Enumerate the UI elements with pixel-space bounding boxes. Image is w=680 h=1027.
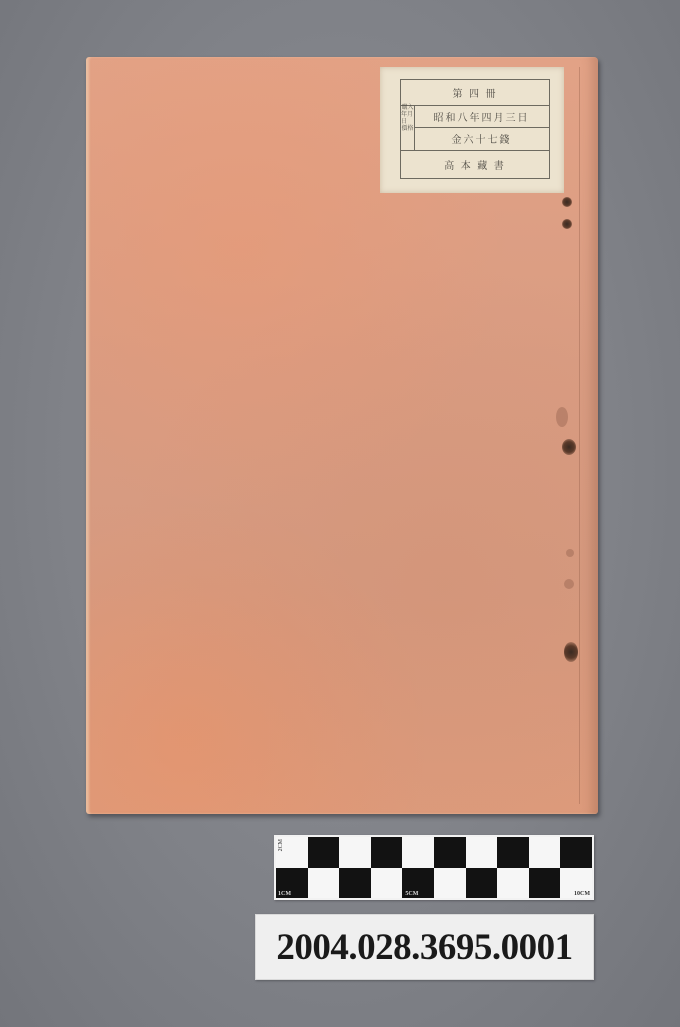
label-volume: 第 四 冊 xyxy=(401,80,549,106)
scale-cell xyxy=(497,868,529,899)
accession-number-card: 2004.028.3695.0001 xyxy=(255,914,594,980)
binding-hole xyxy=(564,642,578,662)
scale-cell xyxy=(560,837,592,868)
label-side-text: 購入 xyxy=(401,105,413,112)
label-side-headings: 購入 年月日 價格 xyxy=(401,105,415,150)
scale-cell xyxy=(339,868,371,899)
scale-cell: 2CM xyxy=(276,837,308,868)
scale-cell xyxy=(466,837,498,868)
scale-label-5cm: 5CM xyxy=(405,891,418,897)
scale-cell xyxy=(529,868,561,899)
label-price: 金六十七錢 xyxy=(414,127,549,151)
scale-cell xyxy=(434,837,466,868)
binding-hole xyxy=(562,197,572,207)
scale-bar: 2CM 1CM 5CM 10CM xyxy=(274,835,594,900)
label-table: 第 四 冊 購入 年月日 價格 昭和八年四月三日 金六十七錢 高 本 藏 書 xyxy=(400,79,550,179)
scale-cell xyxy=(371,837,403,868)
label-side-text: 年月日 xyxy=(401,112,414,126)
scale-cell xyxy=(308,868,340,899)
scale-cell xyxy=(339,837,371,868)
scale-cell xyxy=(529,837,561,868)
scale-cell xyxy=(308,837,340,868)
scale-top-label: 2CM xyxy=(278,839,284,851)
scale-cell xyxy=(466,868,498,899)
scale-cell xyxy=(497,837,529,868)
label-owner: 高 本 藏 書 xyxy=(401,150,549,178)
binding-hole xyxy=(562,439,576,455)
scale-cell: 10CM xyxy=(560,868,592,899)
scale-cell xyxy=(371,868,403,899)
binding-hole xyxy=(562,219,572,229)
scale-cell: 1CM xyxy=(276,868,308,899)
accession-number: 2004.028.3695.0001 xyxy=(276,926,572,969)
scale-label-1cm: 1CM xyxy=(278,891,291,897)
library-label: 第 四 冊 購入 年月日 價格 昭和八年四月三日 金六十七錢 高 本 藏 書 xyxy=(380,67,564,193)
scale-cell xyxy=(402,837,434,868)
scale-cell xyxy=(434,868,466,899)
stain-spot xyxy=(556,407,568,427)
scale-label-10cm: 10CM xyxy=(574,891,590,897)
stain-spot xyxy=(564,579,574,589)
stain-spot xyxy=(566,549,574,557)
label-side-text: 價格 xyxy=(401,126,413,133)
scale-cell: 5CM xyxy=(402,868,434,899)
label-date: 昭和八年四月三日 xyxy=(414,105,549,128)
